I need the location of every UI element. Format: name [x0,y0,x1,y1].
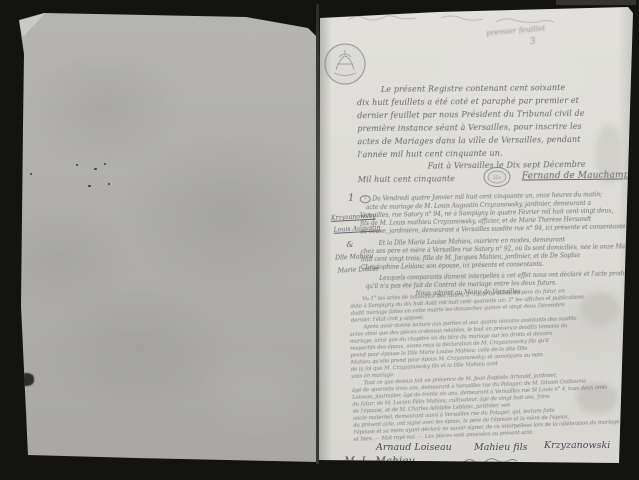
ink-speck [30,173,32,175]
round-stamp-icon [322,40,368,88]
witness-signature: Arnaud Loiseau [376,442,452,453]
dateline-year: Mil huit cent cinquante [358,174,455,184]
ink-speck [88,185,91,187]
margin-ampersand: & [346,240,354,249]
witness-signature: Mahieu fils [474,442,528,453]
left-blank-page [16,6,318,462]
ink-speck [76,164,78,166]
groom-signature: Krzyzanowski [544,440,610,451]
preamble-line: Le présent Registre contenant cent soixa… [381,83,565,94]
paper-stain [580,292,620,326]
right-manuscript-page: premier feuillet 3 Le présent Registre c… [318,4,636,466]
ink-speck [108,183,110,185]
ink-bleed-scribble [346,10,586,30]
ink-speck [94,168,97,170]
ink-speck [104,163,106,165]
book-gutter [316,4,319,464]
witness-signature: M. L. Mahieu [344,455,415,467]
preamble-line: actes de Mariages dans la ville de Versa… [357,135,580,146]
oval-stamp-icon: 25c [482,166,512,188]
president-signature: Fernand de Mauchamps [522,170,635,181]
oval-stamp-text: 25c [493,175,502,181]
edge-stain [16,373,34,386]
preamble-line: dix huit feuillets a été coté et paraphé… [357,96,579,107]
small-signature-scribble [460,455,520,471]
preamble-line: première instance séant à Versailles, po… [357,122,582,133]
preamble-line: l'année mil huit cent cinquante un. [358,149,503,160]
preamble-line: dernier feuillet par nous Président du T… [357,109,585,120]
page-stack-edge [556,0,636,5]
folded-corner [18,12,48,38]
pencil-folio-number: 3 [529,37,536,48]
margin-act-number: 1 [348,193,355,204]
edge-stain [16,409,26,423]
scanned-register-spread: premier feuillet 3 Le présent Registre c… [0,0,639,480]
act-number-seal: 1 [360,195,371,203]
